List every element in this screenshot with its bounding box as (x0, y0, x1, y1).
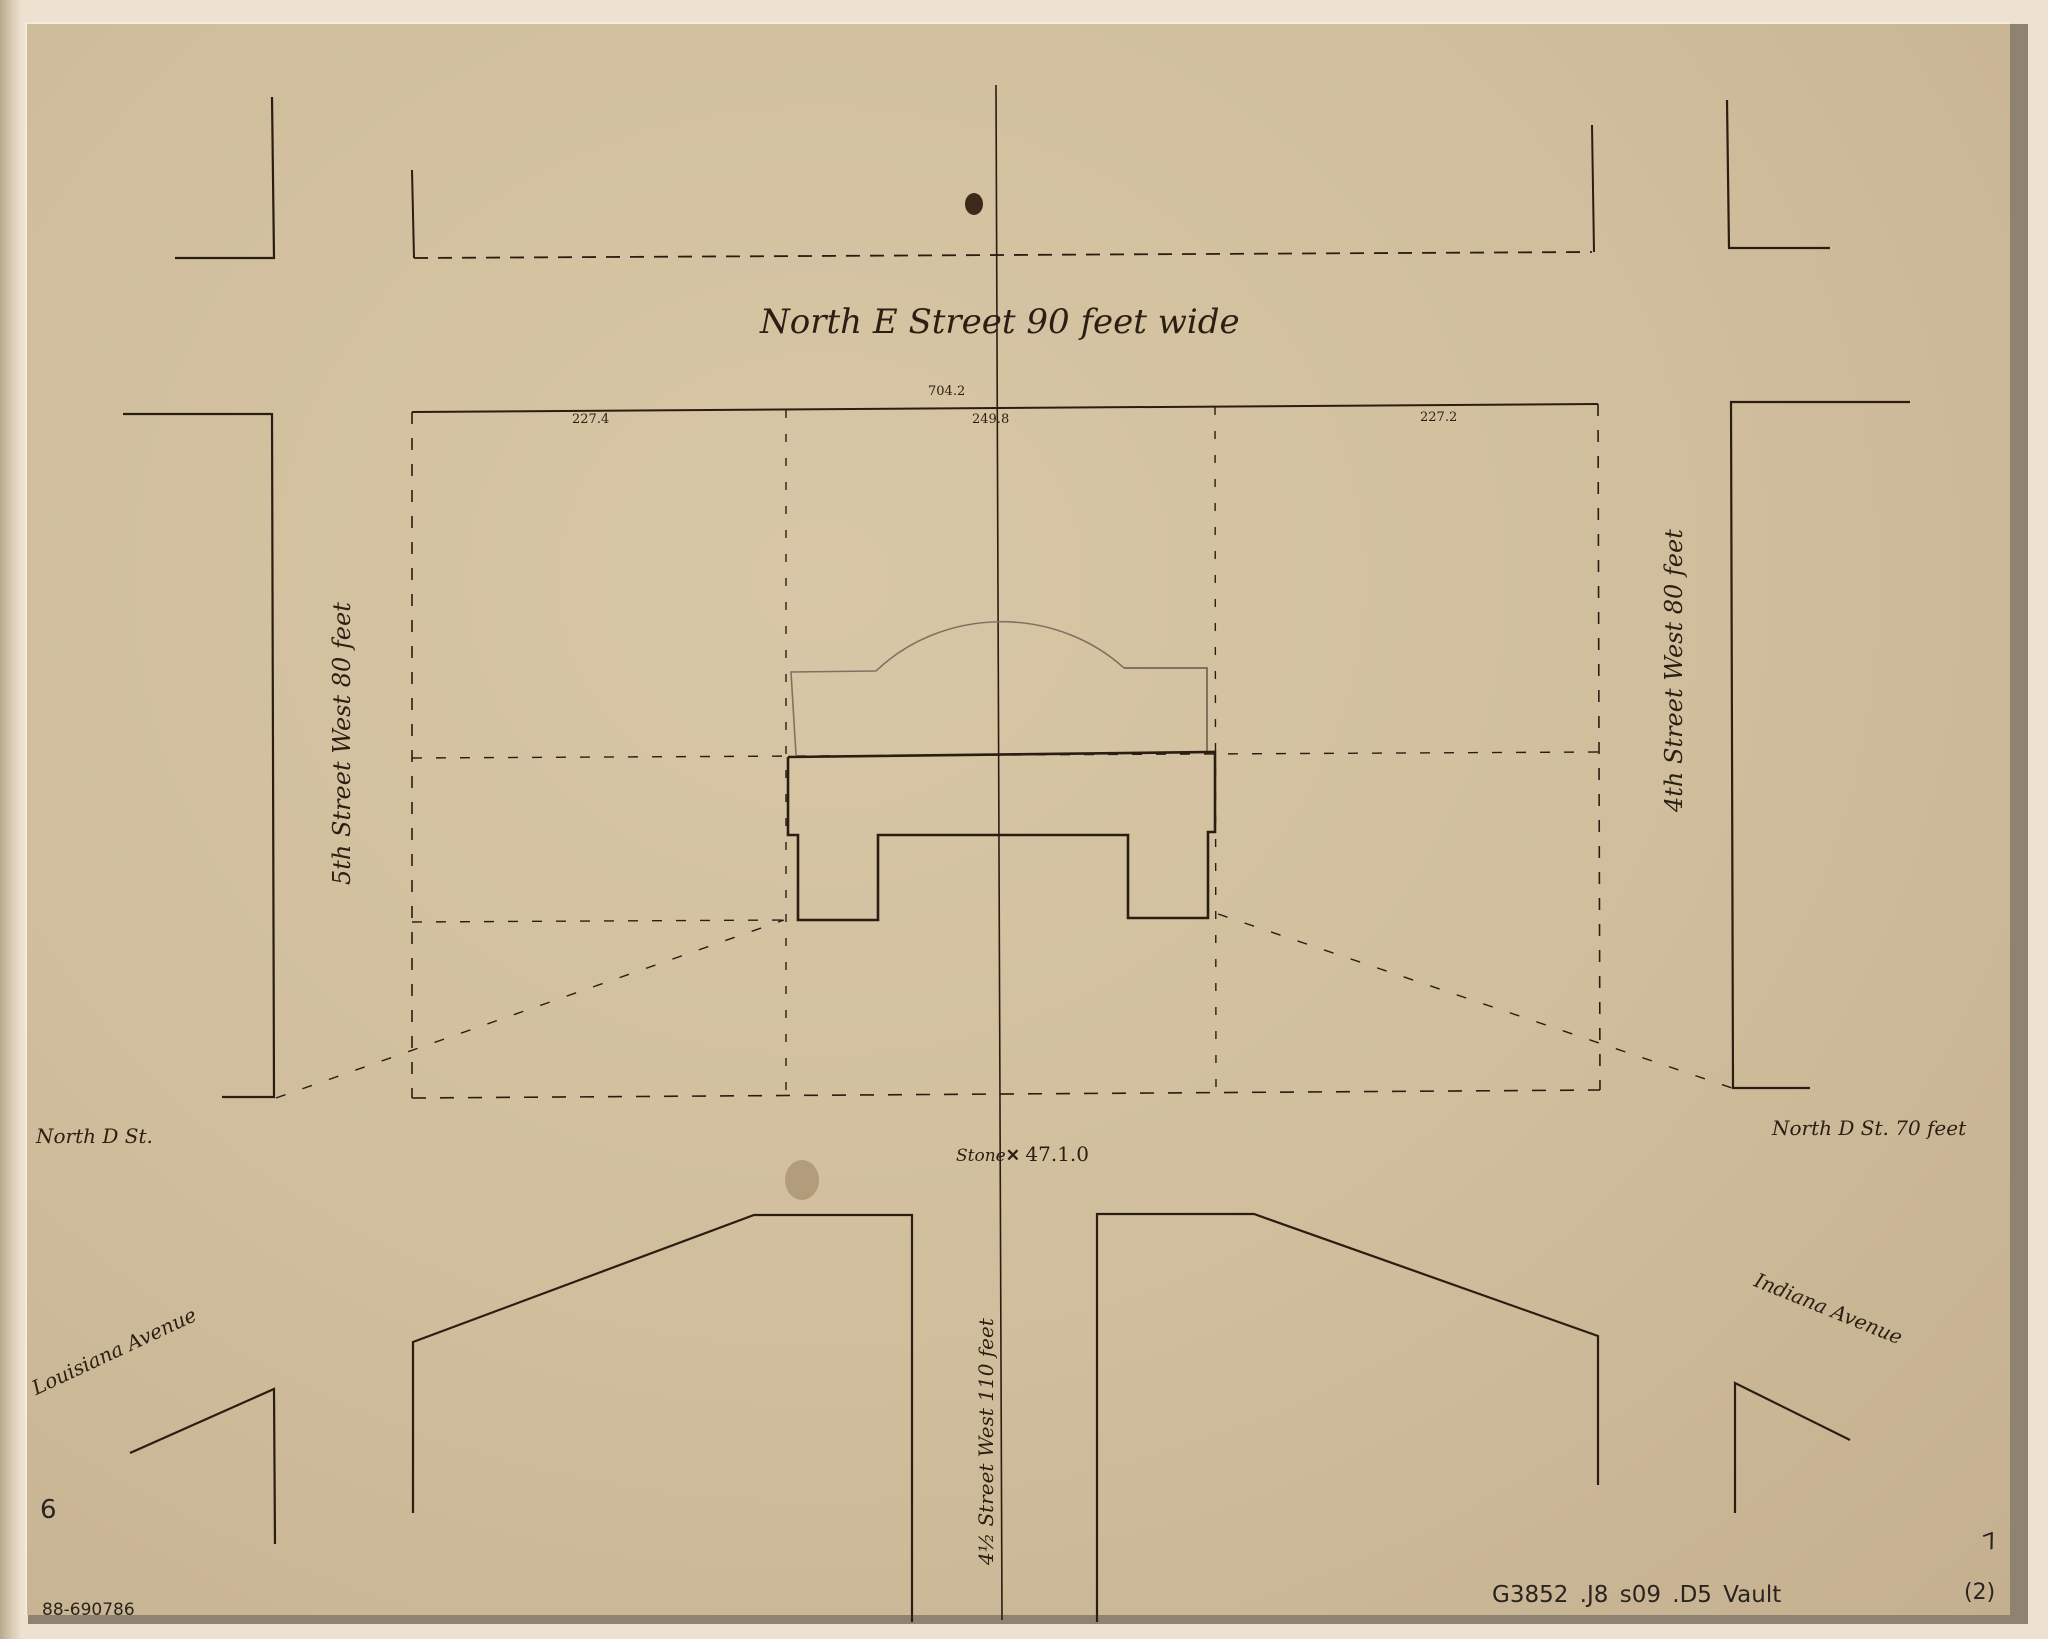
dimension-total-width: 704.2 (928, 384, 965, 399)
call-number: G3852 .J8 s09 .D5 Vault (1492, 1582, 1781, 1608)
stone-label: Stone (956, 1146, 1006, 1166)
block-corner-top-left (175, 97, 274, 258)
water-stain (785, 1160, 819, 1200)
square-bottom-edge (412, 1090, 1600, 1098)
corner-mark-left: 6 (40, 1495, 57, 1525)
stone-marker: Stone✕ 47.1.0 (956, 1142, 1089, 1166)
dimension-left-lot: 227.4 (572, 412, 609, 427)
block-top-center-left-edge (412, 170, 414, 258)
label-north-d-street-left: North D St. (36, 1124, 153, 1148)
cross-line-lower-left (412, 920, 786, 922)
block-lower-center-right (1097, 1214, 1598, 1622)
block-top-center-dashed-edge (414, 252, 1592, 258)
label-4th-street-west: 4th Street West 80 feet (1660, 529, 1688, 812)
block-lower-center-left (413, 1215, 912, 1622)
lot-divider-right (1215, 407, 1216, 1092)
building-pencil-right (1124, 668, 1207, 752)
block-corner-top-right (1727, 100, 1830, 248)
louisiana-avenue-projection (276, 920, 784, 1098)
block-left-5th-street (123, 414, 274, 1097)
block-right-4th-street (1731, 402, 1910, 1088)
dimension-right-lot: 227.2 (1420, 410, 1457, 425)
block-wedge-lower-right (1735, 1383, 1850, 1513)
ink-stain (965, 193, 983, 215)
label-north-e-street: North E Street 90 feet wide (760, 302, 1240, 342)
block-top-center-right-edge (1592, 125, 1594, 252)
building-pencil-left (791, 671, 876, 755)
block-wedge-lower-left (130, 1389, 275, 1544)
dimension-center-lot: 249.8 (972, 412, 1009, 427)
square-right-edge (1598, 404, 1600, 1090)
stone-x-icon: ✕ (1006, 1146, 1020, 1166)
label-4-half-street-west: 4½ Street West 110 feet (974, 1318, 998, 1565)
building-footprint (788, 752, 1215, 920)
indiana-avenue-projection (1218, 914, 1732, 1088)
label-5th-street-west: 5th Street West 80 feet (328, 602, 356, 885)
sheet-number: (2) (1964, 1580, 1995, 1605)
label-north-d-street-right: North D St. 70 feet (1772, 1116, 1966, 1140)
stone-value: 47.1.0 (1025, 1142, 1089, 1166)
site-plan-drawing (0, 0, 2048, 1639)
building-dome-arc (876, 622, 1124, 671)
accession-number: 88-690786 (42, 1600, 135, 1620)
